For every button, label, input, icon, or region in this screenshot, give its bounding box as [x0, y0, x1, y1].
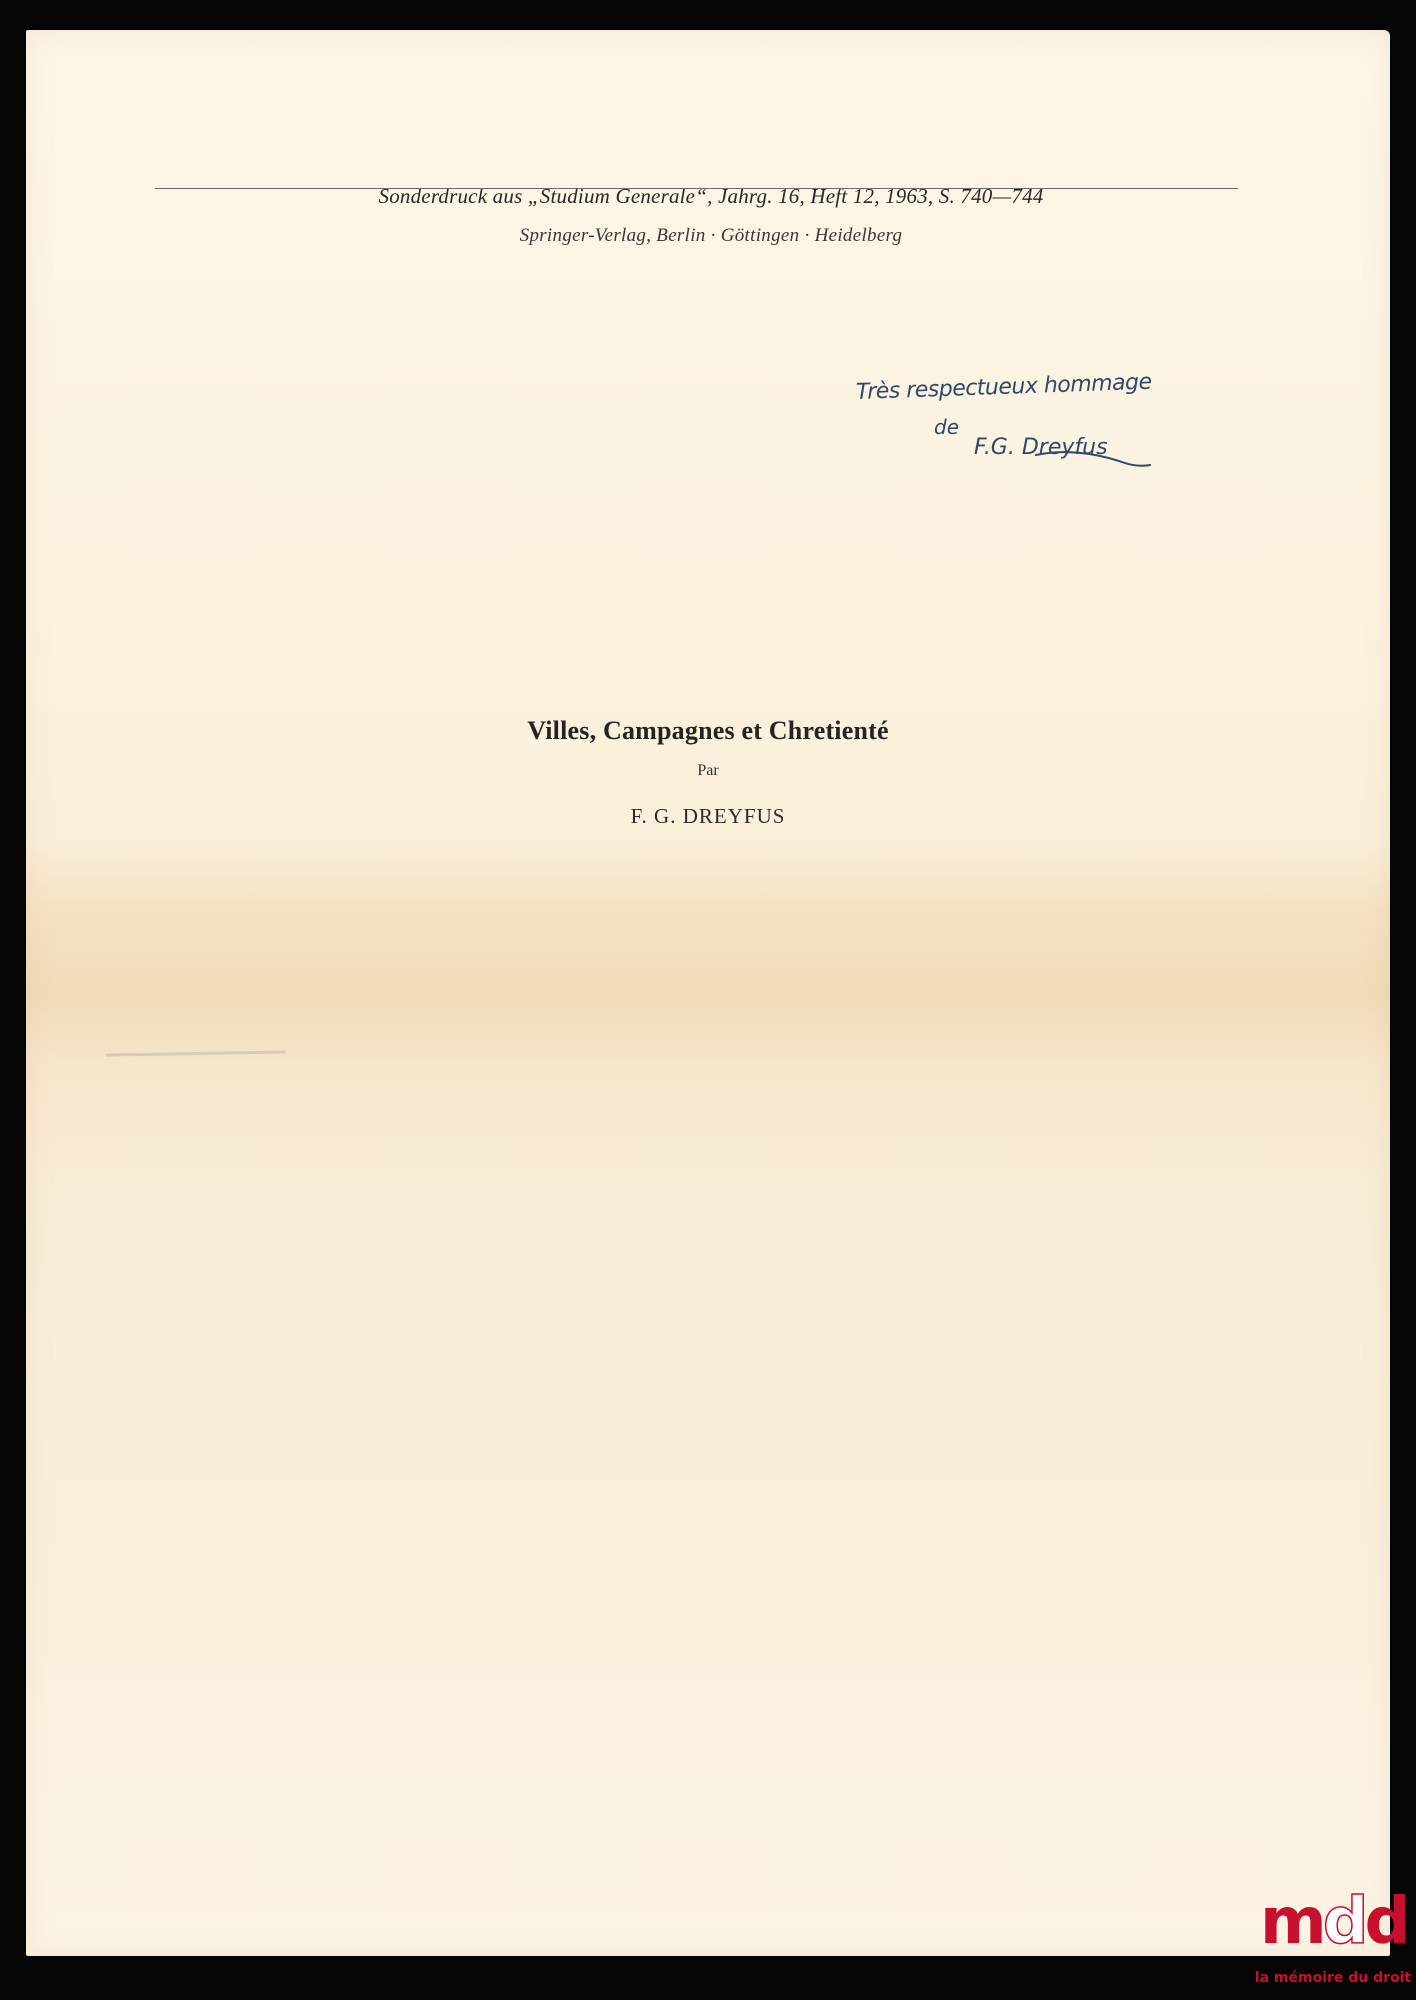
mdd-logo-wordmark: mdd: [1260, 1890, 1406, 1954]
logo-letter-d-outline: d: [1323, 1885, 1365, 1959]
publisher-line: Springer-Verlag, Berlin · Göttingen · He…: [156, 225, 1266, 247]
document-page: Sonderdruck aus „Studium Generale“, Jahr…: [26, 30, 1390, 1956]
author-name: F. G. DREYFUS: [26, 804, 1390, 829]
byline-par: Par: [26, 762, 1390, 780]
handwritten-inscription: Très respectueux hommage de F.G. Dreyfus: [856, 380, 1176, 460]
logo-letter-d: d: [1365, 1885, 1407, 1959]
signature-flourish-icon: [1034, 441, 1154, 471]
logo-letter-m: m: [1260, 1885, 1323, 1959]
signature: F.G. Dreyfus: [974, 435, 1108, 460]
inscription-line-1: Très respectueux hommage: [856, 369, 1177, 405]
mdd-logo: mdd la mémoire du droit: [1250, 1890, 1416, 2000]
mdd-tagline: la mémoire du droit: [1250, 1970, 1416, 1986]
header-rule: [155, 188, 1238, 189]
article-title: Villes, Campagnes et Chretienté: [26, 716, 1390, 746]
fold-mark: [106, 1050, 286, 1056]
